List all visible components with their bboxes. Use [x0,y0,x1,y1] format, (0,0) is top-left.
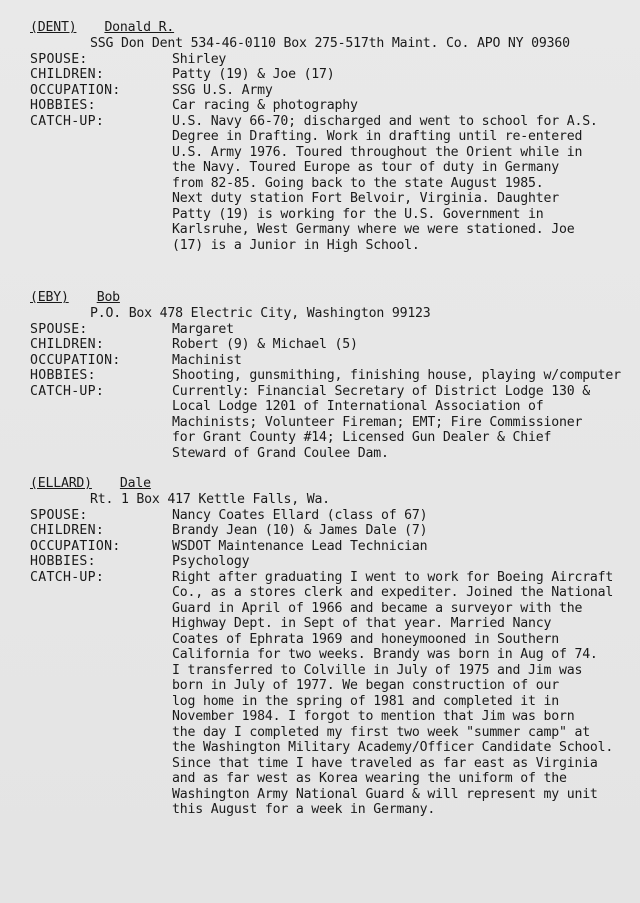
document-page: (DENT)Donald R.SSG Don Dent 534-46-0110 … [0,0,640,903]
field-label: CHILDREN: [30,67,172,83]
entry-heading: (DENT)Donald R. [30,20,630,36]
field-label: OCCUPATION: [30,83,172,99]
entry-eby: (EBY)BobP.O. Box 478 Electric City, Wash… [30,290,630,461]
value-line: Highway Dept. in Sept of that year. Marr… [172,616,630,632]
field-row: HOBBIES:Psychology [30,554,630,570]
entry-dent: (DENT)Donald R.SSG Don Dent 534-46-0110 … [30,20,630,253]
field-value: U.S. Navy 66-70; discharged and went to … [172,114,630,254]
field-value: Patty (19) & Joe (17) [172,67,630,83]
field-label: HOBBIES: [30,98,172,114]
value-line: Psychology [172,554,630,570]
value-line: U.S. Army 1976. Toured throughout the Or… [172,145,630,161]
field-label: OCCUPATION: [30,539,172,555]
surname: (ELLARD) [30,476,92,491]
field-label: CHILDREN: [30,523,172,539]
value-line: November 1984. I forgot to mention that … [172,709,630,725]
field-value: Car racing & photography [172,98,630,114]
field-value: WSDOT Maintenance Lead Technician [172,539,630,555]
field-label: OCCUPATION: [30,353,172,369]
surname: (DENT) [30,20,76,35]
field-row: CATCH-UP:U.S. Navy 66-70; discharged and… [30,114,630,254]
surname: (EBY) [30,290,69,305]
value-line: the day I completed my first two week "s… [172,725,630,741]
value-line: WSDOT Maintenance Lead Technician [172,539,630,555]
value-line: the Navy. Toured Europe as tour of duty … [172,160,630,176]
field-value: Nancy Coates Ellard (class of 67) [172,508,630,524]
field-label: CHILDREN: [30,337,172,353]
value-line: Brandy Jean (10) & James Dale (7) [172,523,630,539]
field-value: Brandy Jean (10) & James Dale (7) [172,523,630,539]
field-label: CATCH-UP: [30,570,172,818]
value-line: Margaret [172,322,630,338]
value-line: and as far west as Korea wearing the uni… [172,771,630,787]
value-line: Machinist [172,353,630,369]
value-line: Steward of Grand Coulee Dam. [172,446,630,462]
field-row: CHILDREN:Robert (9) & Michael (5) [30,337,630,353]
field-row: OCCUPATION:Machinist [30,353,630,369]
field-label: SPOUSE: [30,508,172,524]
entry-heading: (EBY)Bob [30,290,630,306]
value-line: Karlsruhe, West Germany where we were st… [172,222,630,238]
value-line: California for two weeks. Brandy was bor… [172,647,630,663]
value-line: Robert (9) & Michael (5) [172,337,630,353]
field-label: SPOUSE: [30,322,172,338]
address: Rt. 1 Box 417 Kettle Falls, Wa. [30,492,630,508]
field-value: Margaret [172,322,630,338]
field-label: HOBBIES: [30,368,172,384]
value-line: Local Lodge 1201 of International Associ… [172,399,630,415]
value-line: Right after graduating I went to work fo… [172,570,630,586]
value-line: Next duty station Fort Belvoir, Virginia… [172,191,630,207]
value-line: Co., as a stores clerk and expediter. Jo… [172,585,630,601]
entry-heading: (ELLARD)Dale [30,476,630,492]
value-line: Car racing & photography [172,98,630,114]
value-line: from 82-85. Going back to the state Augu… [172,176,630,192]
field-label: HOBBIES: [30,554,172,570]
given-name: Bob [97,290,120,305]
field-row: HOBBIES:Car racing & photography [30,98,630,114]
value-line: SSG U.S. Army [172,83,630,99]
field-value: Machinist [172,353,630,369]
field-row: SPOUSE:Shirley [30,52,630,68]
field-row: CATCH-UP:Currently: Financial Secretary … [30,384,630,462]
field-row: OCCUPATION:WSDOT Maintenance Lead Techni… [30,539,630,555]
field-row: CHILDREN:Patty (19) & Joe (17) [30,67,630,83]
field-row: CATCH-UP:Right after graduating I went t… [30,570,630,818]
value-line: for Grant County #14; Licensed Gun Deale… [172,430,630,446]
field-label: CATCH-UP: [30,114,172,254]
field-label: SPOUSE: [30,52,172,68]
field-row: SPOUSE:Margaret [30,322,630,338]
field-row: HOBBIES:Shooting, gunsmithing, finishing… [30,368,630,384]
field-value: SSG U.S. Army [172,83,630,99]
value-line: Currently: Financial Secretary of Distri… [172,384,630,400]
field-label: CATCH-UP: [30,384,172,462]
field-value: Psychology [172,554,630,570]
value-line: log home in the spring of 1981 and compl… [172,694,630,710]
value-line: this August for a week in Germany. [172,802,630,818]
field-row: OCCUPATION:SSG U.S. Army [30,83,630,99]
value-line: born in July of 1977. We began construct… [172,678,630,694]
value-line: Nancy Coates Ellard (class of 67) [172,508,630,524]
value-line: Machinists; Volunteer Fireman; EMT; Fire… [172,415,630,431]
value-line: Washington Army National Guard & will re… [172,787,630,803]
field-value: Currently: Financial Secretary of Distri… [172,384,630,462]
value-line: Patty (19) & Joe (17) [172,67,630,83]
value-line: Shooting, gunsmithing, finishing house, … [172,368,630,384]
value-line: Shirley [172,52,630,68]
value-line: (17) is a Junior in High School. [172,238,630,254]
value-line: U.S. Navy 66-70; discharged and went to … [172,114,630,130]
field-value: Shirley [172,52,630,68]
value-line: Patty (19) is working for the U.S. Gover… [172,207,630,223]
field-row: CHILDREN:Brandy Jean (10) & James Dale (… [30,523,630,539]
address: SSG Don Dent 534-46-0110 Box 275-517th M… [30,36,630,52]
field-value: Robert (9) & Michael (5) [172,337,630,353]
given-name: Dale [120,476,151,491]
value-line: the Washington Military Academy/Officer … [172,740,630,756]
value-line: Coates of Ephrata 1969 and honeymooned i… [172,632,630,648]
field-value: Shooting, gunsmithing, finishing house, … [172,368,630,384]
given-name: Donald R. [104,20,174,35]
value-line: Guard in April of 1966 and became a surv… [172,601,630,617]
address: P.O. Box 478 Electric City, Washington 9… [30,306,630,322]
field-value: Right after graduating I went to work fo… [172,570,630,818]
field-row: SPOUSE:Nancy Coates Ellard (class of 67) [30,508,630,524]
value-line: Degree in Drafting. Work in drafting unt… [172,129,630,145]
entry-ellard: (ELLARD)DaleRt. 1 Box 417 Kettle Falls, … [30,476,630,818]
value-line: I transferred to Colville in July of 197… [172,663,630,679]
value-line: Since that time I have traveled as far e… [172,756,630,772]
